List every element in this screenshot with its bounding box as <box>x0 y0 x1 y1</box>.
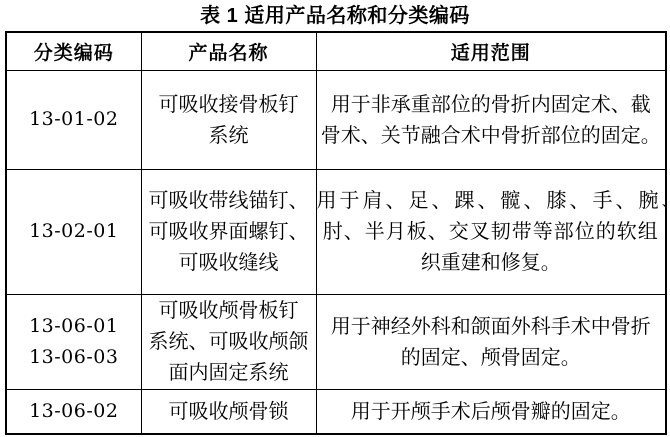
scope-line: 用于肩、足、踝、髋、膝、手、腕、 <box>317 185 666 216</box>
code-line: 13-02-01 <box>7 216 141 247</box>
product-cell: 可吸收带线锚钉、可吸收界面螺钉、可吸收缝线 <box>141 169 316 294</box>
product-line: 可吸收带线锚钉、 <box>142 185 316 216</box>
code-cell: 13-02-01 <box>6 169 141 294</box>
product-line: 可吸收颅骨锁 <box>142 396 316 427</box>
product-cell: 可吸收颅骨板钉系统、可吸收颅颌面内固定系统 <box>141 294 316 389</box>
scope-cell: 用于神经外科和颌面外科手术中骨折的固定、颅骨固定。 <box>316 294 666 389</box>
header-row: 分类编码 产品名称 适用范围 <box>6 32 666 70</box>
scope-cell: 用于非承重部位的骨折内固定术、截骨术、关节融合术中骨折部位的固定。 <box>316 70 666 169</box>
scope-cell: 用于开颅手术后颅骨瓣的固定。 <box>316 389 666 434</box>
product-classification-table: 分类编码 产品名称 适用范围 13-01-02可吸收接骨板钉系统用于非承重部位的… <box>5 31 667 435</box>
header-applicable-scope: 适用范围 <box>316 32 666 70</box>
scope-line: 肘、半月板、交叉韧带等部位的软组 <box>317 216 666 247</box>
product-line: 面内固定系统 <box>142 357 316 388</box>
product-cell: 可吸收接骨板钉系统 <box>141 70 316 169</box>
scope-line: 用于开颅手术后颅骨瓣的固定。 <box>317 396 666 427</box>
product-line: 系统、可吸收颅颌 <box>142 326 316 357</box>
scope-line: 织重建和修复。 <box>317 247 666 278</box>
product-line: 可吸收接骨板钉 <box>142 89 316 120</box>
product-line: 系统 <box>142 120 316 151</box>
code-line: 13-06-03 <box>7 342 141 373</box>
header-classification-code: 分类编码 <box>6 32 141 70</box>
code-cell: 13-06-02 <box>6 389 141 434</box>
table-row: 13-06-02可吸收颅骨锁用于开颅手术后颅骨瓣的固定。 <box>6 389 666 434</box>
scope-line: 的固定、颅骨固定。 <box>317 342 666 373</box>
product-line: 可吸收界面螺钉、 <box>142 216 316 247</box>
code-line: 13-01-02 <box>7 104 141 135</box>
code-line: 13-06-01 <box>7 311 141 342</box>
table-row: 13-06-0113-06-03可吸收颅骨板钉系统、可吸收颅颌面内固定系统用于神… <box>6 294 666 389</box>
table-row: 13-01-02可吸收接骨板钉系统用于非承重部位的骨折内固定术、截骨术、关节融合… <box>6 70 666 169</box>
scope-line: 骨术、关节融合术中骨折部位的固定。 <box>317 120 666 151</box>
table-row: 13-02-01可吸收带线锚钉、可吸收界面螺钉、可吸收缝线用于肩、足、踝、髋、膝… <box>6 169 666 294</box>
table-title: 表 1 适用产品名称和分类编码 <box>0 0 670 29</box>
code-cell: 13-01-02 <box>6 70 141 169</box>
product-cell: 可吸收颅骨锁 <box>141 389 316 434</box>
document-page: 表 1 适用产品名称和分类编码 分类编码 产品名称 适用范围 13-01-02可… <box>0 0 670 437</box>
scope-line: 用于神经外科和颌面外科手术中骨折 <box>317 311 666 342</box>
header-product-name: 产品名称 <box>141 32 316 70</box>
scope-cell: 用于肩、足、踝、髋、膝、手、腕、肘、半月板、交叉韧带等部位的软组织重建和修复。 <box>316 169 666 294</box>
code-cell: 13-06-0113-06-03 <box>6 294 141 389</box>
product-line: 可吸收缝线 <box>142 247 316 278</box>
code-line: 13-06-02 <box>7 396 141 427</box>
scope-line: 用于非承重部位的骨折内固定术、截 <box>317 89 666 120</box>
product-line: 可吸收颅骨板钉 <box>142 295 316 326</box>
